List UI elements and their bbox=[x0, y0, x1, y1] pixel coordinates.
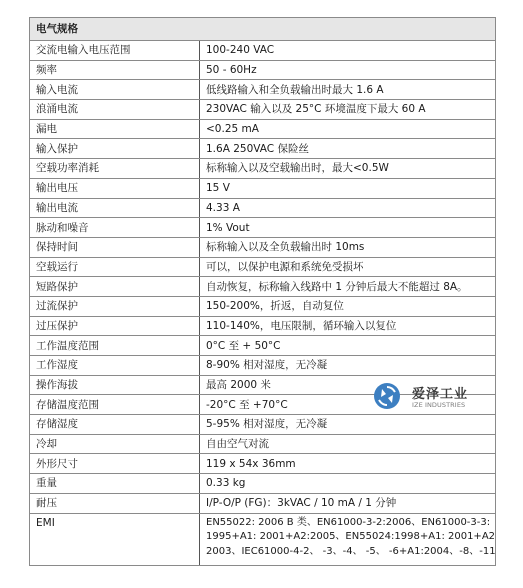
table-row: 空载运行可以，以保护电源和系统免受损坏 bbox=[30, 257, 496, 277]
spec-value: 4.33 A bbox=[200, 198, 496, 218]
table-row: 输入电流低线路输入和全负载输出时最大 1.6 A bbox=[30, 80, 496, 100]
emi-line: 2003、IEC61000-4-2、 -3、-4、 -5、 -6+A1:2004… bbox=[206, 545, 491, 560]
spec-value: 110-140%，电压限制，循环输入以复位 bbox=[200, 316, 496, 336]
spec-value: 50 - 60Hz bbox=[200, 60, 496, 80]
table-row: 脉动和噪音1% Vout bbox=[30, 218, 496, 238]
spec-value: 1.6A 250VAC 保险丝 bbox=[200, 139, 496, 159]
table-row: 工作湿度8-90% 相对湿度，无冷凝 bbox=[30, 356, 496, 376]
electrical-specs-table: 电气规格 交流电输入电压范围100-240 VAC频率50 - 60Hz输入电流… bbox=[29, 17, 496, 566]
spec-value: <0.25 mA bbox=[200, 119, 496, 139]
spec-label: 短路保护 bbox=[30, 277, 200, 297]
spec-label: 工作湿度 bbox=[30, 356, 200, 376]
spec-label: 冷却 bbox=[30, 434, 200, 454]
spec-label: 频率 bbox=[30, 60, 200, 80]
spec-value: 低线路输入和全负载输出时最大 1.6 A bbox=[200, 80, 496, 100]
spec-value: I/P-O/P (FG)：3kVAC / 10 mA / 1 分钟 bbox=[200, 493, 496, 513]
spec-label: 外形尺寸 bbox=[30, 454, 200, 474]
spec-label: 交流电输入电压范围 bbox=[30, 41, 200, 61]
table-row: 重量0.33 kg bbox=[30, 474, 496, 494]
table-row: 空载功率消耗标称输入以及空载输出时，最大<0.5W bbox=[30, 159, 496, 179]
table-row: 输出电压15 V bbox=[30, 178, 496, 198]
spec-label: 工作温度范围 bbox=[30, 336, 200, 356]
table-row-emi: EMIEN55022: 2006 B 类、EN61000-3-2:2006、EN… bbox=[30, 513, 496, 565]
spec-label: 输入电流 bbox=[30, 80, 200, 100]
spec-value: 230VAC 输入以及 25°C 环境温度下最大 60 A bbox=[200, 100, 496, 120]
spec-value: 可以，以保护电源和系统免受损坏 bbox=[200, 257, 496, 277]
spec-value: 5-95% 相对湿度，无冷凝 bbox=[200, 415, 496, 435]
table-row: 耐压I/P-O/P (FG)：3kVAC / 10 mA / 1 分钟 bbox=[30, 493, 496, 513]
table-body: 交流电输入电压范围100-240 VAC频率50 - 60Hz输入电流低线路输入… bbox=[30, 41, 496, 566]
table-row: 存储温度范围-20°C 至 +70°C bbox=[30, 395, 496, 415]
spec-label: 重量 bbox=[30, 474, 200, 494]
spec-value-emi: EN55022: 2006 B 类、EN61000-3-2:2006、EN610… bbox=[200, 513, 496, 565]
table-row: 过流保护150-200%，折返，自动复位 bbox=[30, 296, 496, 316]
spec-label: 保持时间 bbox=[30, 237, 200, 257]
spec-value: 8-90% 相对湿度，无冷凝 bbox=[200, 356, 496, 376]
spec-label: 输出电流 bbox=[30, 198, 200, 218]
spec-value: 标称输入以及空载输出时，最大<0.5W bbox=[200, 159, 496, 179]
table-header-row: 电气规格 bbox=[30, 18, 496, 41]
spec-value: -20°C 至 +70°C bbox=[200, 395, 496, 415]
spec-label: 空载运行 bbox=[30, 257, 200, 277]
table-row: 漏电<0.25 mA bbox=[30, 119, 496, 139]
table-row: 过压保护110-140%，电压限制，循环输入以复位 bbox=[30, 316, 496, 336]
spec-label: 脉动和噪音 bbox=[30, 218, 200, 238]
table-row: 频率50 - 60Hz bbox=[30, 60, 496, 80]
spec-label: 存储湿度 bbox=[30, 415, 200, 435]
spec-label: 过流保护 bbox=[30, 296, 200, 316]
table-row: 存储湿度5-95% 相对湿度，无冷凝 bbox=[30, 415, 496, 435]
spec-label: 空载功率消耗 bbox=[30, 159, 200, 179]
spec-label: 漏电 bbox=[30, 119, 200, 139]
spec-label: EMI bbox=[30, 513, 200, 565]
table-row: 短路保护自动恢复，标称输入线路中 1 分钟后最大不能超过 8A。 bbox=[30, 277, 496, 297]
emi-line: 1995+A1: 2001+A2:2005、EN55024:1998+A1: 2… bbox=[206, 530, 491, 545]
spec-value: 150-200%，折返，自动复位 bbox=[200, 296, 496, 316]
spec-value: 标称输入以及全负载输出时 10ms bbox=[200, 237, 496, 257]
table-row: 交流电输入电压范围100-240 VAC bbox=[30, 41, 496, 61]
spec-value: 0.33 kg bbox=[200, 474, 496, 494]
table-row: 冷却自由空气对流 bbox=[30, 434, 496, 454]
spec-value: 15 V bbox=[200, 178, 496, 198]
table-row: 输出电流4.33 A bbox=[30, 198, 496, 218]
spec-label: 耐压 bbox=[30, 493, 200, 513]
spec-label: 操作海拔 bbox=[30, 375, 200, 395]
table-row: 输入保护1.6A 250VAC 保险丝 bbox=[30, 139, 496, 159]
spec-label: 输出电压 bbox=[30, 178, 200, 198]
spec-label: 存储温度范围 bbox=[30, 395, 200, 415]
spec-value: 1% Vout bbox=[200, 218, 496, 238]
table-row: 操作海拔最高 2000 米 bbox=[30, 375, 496, 395]
spec-label: 输入保护 bbox=[30, 139, 200, 159]
table-row: 外形尺寸119 x 54x 36mm bbox=[30, 454, 496, 474]
spec-value: 100-240 VAC bbox=[200, 41, 496, 61]
spec-value: 最高 2000 米 bbox=[200, 375, 496, 395]
table-row: 工作温度范围0°C 至 + 50°C bbox=[30, 336, 496, 356]
spec-value: 自由空气对流 bbox=[200, 434, 496, 454]
table-row: 浪涌电流230VAC 输入以及 25°C 环境温度下最大 60 A bbox=[30, 100, 496, 120]
spec-value: 0°C 至 + 50°C bbox=[200, 336, 496, 356]
spec-value: 自动恢复，标称输入线路中 1 分钟后最大不能超过 8A。 bbox=[200, 277, 496, 297]
table-title: 电气规格 bbox=[30, 18, 496, 41]
spec-label: 浪涌电流 bbox=[30, 100, 200, 120]
emi-line: EN55022: 2006 B 类、EN61000-3-2:2006、EN610… bbox=[206, 516, 491, 531]
spec-label: 过压保护 bbox=[30, 316, 200, 336]
spec-value: 119 x 54x 36mm bbox=[200, 454, 496, 474]
table-row: 保持时间标称输入以及全负载输出时 10ms bbox=[30, 237, 496, 257]
